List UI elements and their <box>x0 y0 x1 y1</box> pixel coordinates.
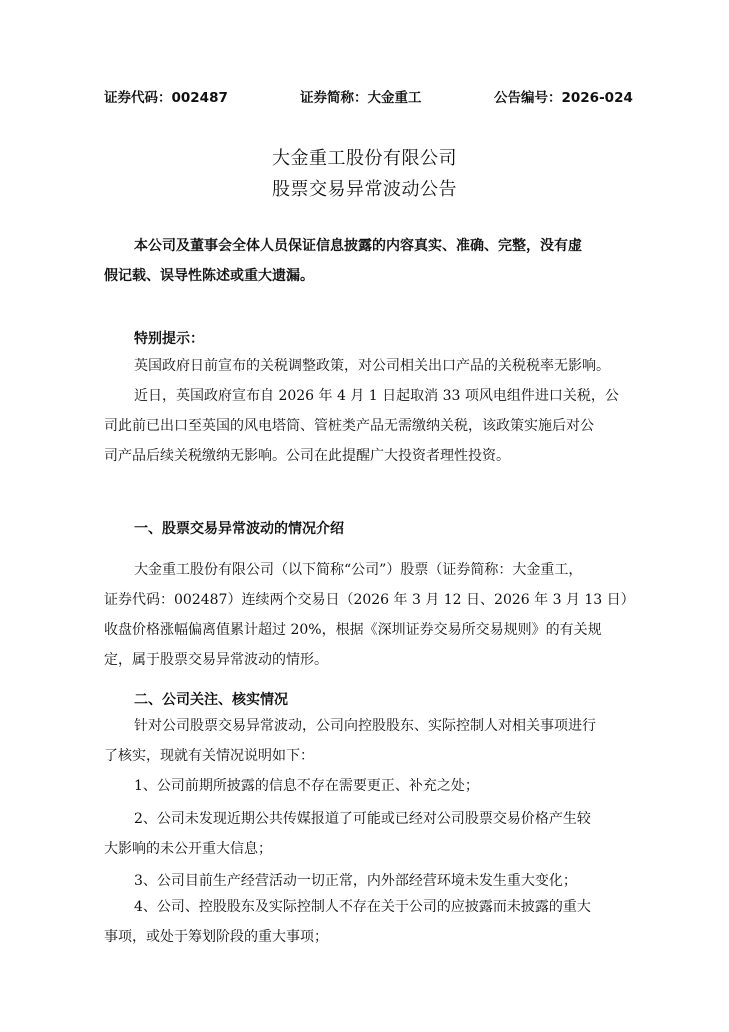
document-page: 证券代码：002487 证券简称：大金重工 公告编号：2026-024 大金重工… <box>0 0 729 1032</box>
section2-item4-line2: 事项，或处于筹划阶段的重大事项； <box>104 927 634 947</box>
security-short-name: 证券简称：大金重工 <box>300 86 422 106</box>
company-title: 大金重工股份有限公司 <box>0 144 729 170</box>
special-notice-p2-line3: 司产品后续关税缴纳无影响。公司在此提醒广大投资者理性投资。 <box>104 446 634 466</box>
special-notice-p2-line2: 司此前已出口至英国的风电塔筒、管桩类产品无需缴纳关税，该政策实施后对公 <box>104 416 634 436</box>
statement-line-1: 本公司及董事会全体人员保证信息披露的内容真实、准确、完整，没有虚 <box>134 236 664 256</box>
section1-line2: 证券代码：002487）连续两个交易日（2026 年 3 月 12 日、2026… <box>104 590 634 610</box>
section1-line4: 定，属于股票交易异常波动的情形。 <box>104 650 634 670</box>
section2-item2-line2: 大影响的未公开重大信息； <box>104 839 634 859</box>
section1-line3: 收盘价格涨幅偏离值累计超过 20%，根据《深圳证券交易所交易规则》的有关规 <box>104 620 634 640</box>
section2-item3: 3、公司目前生产经营活动一切正常，内外部经营环境未发生重大变化； <box>134 871 664 891</box>
section1-line1: 大金重工股份有限公司（以下简称“公司”）股票（证券简称：大金重工， <box>134 560 664 580</box>
section2-intro-line2: 了核实，现就有关情况说明如下： <box>104 746 634 766</box>
statement-line-2: 假记载、误导性陈述或重大遗漏。 <box>104 266 634 286</box>
security-code: 证券代码：002487 <box>104 86 228 106</box>
notice-number: 公告编号：2026-024 <box>494 86 633 106</box>
section2-intro-line1: 针对公司股票交易异常波动，公司向控股股东、实际控制人对相关事项进行 <box>134 716 664 736</box>
section2-item4-line1: 4、公司、控股股东及实际控制人不存在关于公司的应披露而未披露的重大 <box>134 897 664 917</box>
special-notice-p1: 英国政府日前宣布的关税调整政策，对公司相关出口产品的关税税率无影响。 <box>134 356 664 376</box>
section1-heading: 一、股票交易异常波动的情况介绍 <box>134 519 664 539</box>
document-header: 证券代码：002487 证券简称：大金重工 公告编号：2026-024 <box>104 86 629 106</box>
special-notice-p2-line1: 近日，英国政府宣布自 2026 年 4 月 1 日起取消 33 项风电组件进口关… <box>134 386 664 406</box>
section2-item2-line1: 2、公司未发现近期公共传媒报道了可能或已经对公司股票交易价格产生较 <box>134 809 664 829</box>
section2-heading: 二、公司关注、核实情况 <box>134 690 664 710</box>
special-notice-heading: 特别提示： <box>134 329 664 349</box>
section2-item1: 1、公司前期所披露的信息不存在需要更正、补充之处； <box>134 776 664 796</box>
notice-title: 股票交易异常波动公告 <box>0 175 729 201</box>
